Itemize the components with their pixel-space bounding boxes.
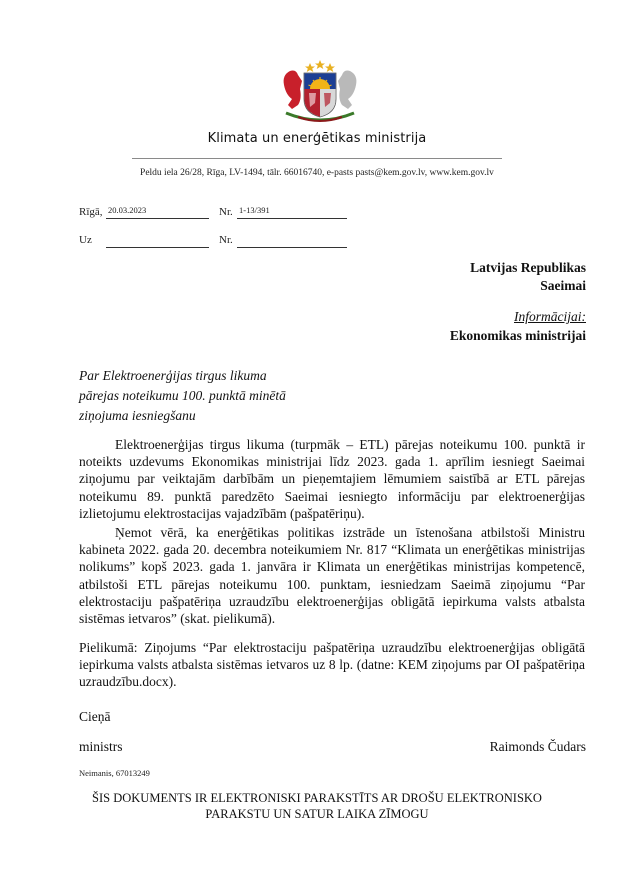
info-label: Informācijai: (514, 309, 586, 325)
attachment-note: Pielikumā: Ziņojums “Par elektrostaciju … (79, 639, 585, 691)
body-paragraph-2: Ņemot vērā, ka enerģētikas politikas izs… (79, 524, 585, 627)
uz-label: Uz (79, 234, 92, 246)
salutation: Cieņā (79, 709, 111, 725)
date-field: 20.03.2023 (106, 206, 209, 219)
body-paragraph-1: Elektroenerģijas tirgus likuma (turpmāk … (79, 436, 585, 522)
notice-line2: PARAKSTU UN SATUR LAIKA ZĪMOGU (0, 806, 634, 822)
recipient-line2: Saeimai (470, 277, 586, 295)
uz-field (106, 235, 209, 248)
number2-label: Nr. (219, 234, 233, 246)
number2-field (237, 235, 347, 248)
date-value: 20.03.2023 (108, 205, 146, 215)
contact-person: Neimanis, 67013249 (79, 768, 150, 778)
subject-line2: pārejas noteikumu 100. punktā minētā (79, 386, 379, 406)
paragraph-2-text: Ņemot vērā, ka enerģētikas politikas izs… (79, 525, 585, 626)
info-recipient: Ekonomikas ministrijai (450, 327, 586, 345)
main-recipient: Latvijas Republikas Saeimai (470, 259, 586, 295)
letter-subject: Par Elektroenerģijas tirgus likuma pārej… (79, 366, 379, 426)
e-signature-notice: ŠIS DOKUMENTS IR ELEKTRONISKI PARAKSTĪTS… (0, 790, 634, 822)
subject-line1: Par Elektroenerģijas tirgus likuma (79, 366, 379, 386)
ministry-name: Klimata un enerģētikas ministrija (0, 131, 634, 146)
recipient-line1: Latvijas Republikas (470, 259, 586, 277)
subject-line3: ziņojuma iesniegšanu (79, 406, 379, 426)
paragraph-1-text: Elektroenerģijas tirgus likuma (turpmāk … (79, 437, 585, 521)
place-label: Rīgā, (79, 206, 103, 218)
notice-line1: ŠIS DOKUMENTS IR ELEKTRONISKI PARAKSTĪTS… (0, 790, 634, 806)
number-label: Nr. (219, 206, 233, 218)
signer-name: Raimonds Čudars (490, 739, 586, 755)
signer-position: ministrs (79, 739, 123, 755)
number-value: 1-13/391 (239, 205, 270, 215)
header-divider (132, 158, 502, 159)
ministry-address: Peldu iela 26/28, Rīga, LV-1494, tālr. 6… (0, 168, 634, 178)
number-field: 1-13/391 (237, 206, 347, 219)
latvia-coat-of-arms-icon (276, 55, 364, 127)
